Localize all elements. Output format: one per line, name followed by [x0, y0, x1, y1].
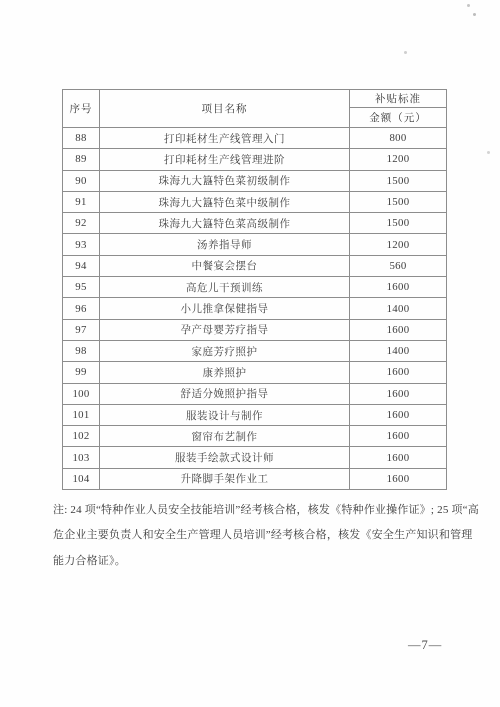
- cell-project-name: 孕产母婴芳疗指导: [100, 319, 350, 340]
- table-header-row-1: 序号 项目名称 补贴标准: [63, 90, 447, 108]
- footnote-line-3: 能力合格证》。: [53, 549, 459, 574]
- page-number: —7—: [408, 638, 442, 653]
- table-row: 103服装手绘款式设计师1600: [63, 447, 447, 468]
- cell-serial-number: 102: [63, 426, 100, 447]
- footnote: 注: 24 项“特种作业人员安全技能培训”经考核合格，核发《特种作业操作证》; …: [53, 498, 459, 574]
- cell-amount: 1600: [350, 277, 447, 298]
- table-row: 91珠海九大簋特色菜中级制作1500: [63, 191, 447, 212]
- cell-serial-number: 92: [63, 213, 100, 234]
- header-col-project-name: 项目名称: [100, 90, 350, 128]
- scanned-document-page: 序号 项目名称 补贴标准 金额（元） 88打印耗材生产线管理入门80089打印耗…: [0, 0, 500, 707]
- cell-serial-number: 99: [63, 362, 100, 383]
- cell-serial-number: 91: [63, 191, 100, 212]
- cell-project-name: 小儿推拿保健指导: [100, 298, 350, 319]
- cell-serial-number: 88: [63, 128, 100, 149]
- header-col-subsidy-standard: 补贴标准: [350, 90, 447, 108]
- cell-project-name: 舒适分娩照护指导: [100, 383, 350, 404]
- cell-amount: 1500: [350, 213, 447, 234]
- table-row: 98家庭芳疗照护1400: [63, 340, 447, 361]
- cell-serial-number: 95: [63, 277, 100, 298]
- cell-amount: 1500: [350, 170, 447, 191]
- cell-project-name: 汤养指导师: [100, 234, 350, 255]
- table-row: 96小儿推拿保健指导1400: [63, 298, 447, 319]
- table-row: 88打印耗材生产线管理入门800: [63, 128, 447, 149]
- cell-project-name: 珠海九大簋特色菜中级制作: [100, 191, 350, 212]
- table-row: 90珠海九大簋特色菜初级制作1500: [63, 170, 447, 191]
- cell-project-name: 打印耗材生产线管理进阶: [100, 149, 350, 170]
- cell-amount: 1600: [350, 447, 447, 468]
- cell-serial-number: 93: [63, 234, 100, 255]
- cell-project-name: 服装设计与制作: [100, 404, 350, 425]
- cell-project-name: 中餐宴会摆台: [100, 255, 350, 276]
- cell-amount: 1400: [350, 340, 447, 361]
- cell-amount: 1200: [350, 234, 447, 255]
- scan-speck: [473, 13, 476, 16]
- cell-amount: 1200: [350, 149, 447, 170]
- scan-speck: [404, 51, 407, 54]
- table-row: 102窗帘布艺制作1600: [63, 426, 447, 447]
- cell-project-name: 打印耗材生产线管理入门: [100, 128, 350, 149]
- cell-amount: 1600: [350, 426, 447, 447]
- cell-amount: 1600: [350, 404, 447, 425]
- scan-speck: [467, 4, 470, 7]
- table-row: 104升降脚手架作业工1600: [63, 468, 447, 489]
- table-row: 94中餐宴会摆台560: [63, 255, 447, 276]
- cell-project-name: 高危儿干预训练: [100, 277, 350, 298]
- cell-serial-number: 94: [63, 255, 100, 276]
- cell-serial-number: 104: [63, 468, 100, 489]
- cell-serial-number: 89: [63, 149, 100, 170]
- cell-serial-number: 101: [63, 404, 100, 425]
- cell-amount: 800: [350, 128, 447, 149]
- cell-serial-number: 98: [63, 340, 100, 361]
- cell-project-name: 珠海九大簋特色菜初级制作: [100, 170, 350, 191]
- table-row: 99康养照护1600: [63, 362, 447, 383]
- cell-amount: 1600: [350, 468, 447, 489]
- table-row: 101服装设计与制作1600: [63, 404, 447, 425]
- cell-amount: 1500: [350, 191, 447, 212]
- cell-amount: 1600: [350, 319, 447, 340]
- cell-serial-number: 90: [63, 170, 100, 191]
- table-row: 89打印耗材生产线管理进阶1200: [63, 149, 447, 170]
- cell-amount: 1600: [350, 383, 447, 404]
- footnote-line-1: 注: 24 项“特种作业人员安全技能培训”经考核合格，核发《特种作业操作证》; …: [53, 498, 459, 523]
- cell-serial-number: 100: [63, 383, 100, 404]
- cell-serial-number: 96: [63, 298, 100, 319]
- cell-project-name: 家庭芳疗照护: [100, 340, 350, 361]
- cell-project-name: 升降脚手架作业工: [100, 468, 350, 489]
- cell-project-name: 服装手绘款式设计师: [100, 447, 350, 468]
- cell-serial-number: 97: [63, 319, 100, 340]
- cell-project-name: 窗帘布艺制作: [100, 426, 350, 447]
- header-col-amount-yuan: 金额（元）: [350, 108, 447, 128]
- table-row: 93汤养指导师1200: [63, 234, 447, 255]
- cell-project-name: 珠海九大簋特色菜高级制作: [100, 213, 350, 234]
- footnote-line-2: 危企业主要负责人和安全生产管理人员培训”经考核合格，核发《安全生产知识和管理: [53, 523, 459, 548]
- header-col-serial-number: 序号: [63, 90, 100, 128]
- cell-project-name: 康养照护: [100, 362, 350, 383]
- cell-amount: 1600: [350, 362, 447, 383]
- cell-amount: 560: [350, 255, 447, 276]
- table-row: 100舒适分娩照护指导1600: [63, 383, 447, 404]
- table-row: 95高危儿干预训练1600: [63, 277, 447, 298]
- subsidy-standards-table: 序号 项目名称 补贴标准 金额（元） 88打印耗材生产线管理入门80089打印耗…: [62, 89, 447, 490]
- table-row: 97孕产母婴芳疗指导1600: [63, 319, 447, 340]
- table-row: 92珠海九大簋特色菜高级制作1500: [63, 213, 447, 234]
- scan-speck: [487, 151, 490, 154]
- cell-amount: 1400: [350, 298, 447, 319]
- cell-serial-number: 103: [63, 447, 100, 468]
